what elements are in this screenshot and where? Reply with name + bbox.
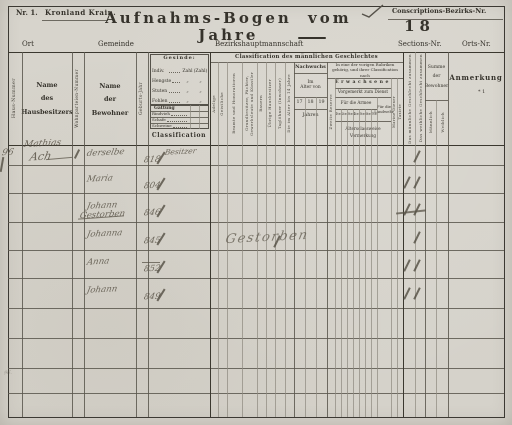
taxirte-label: Taxirte — [398, 104, 402, 120]
summe-weiblich-label: Weiblich — [440, 112, 445, 133]
grid-line — [8, 145, 504, 146]
classification-cell-label: Classification — [148, 131, 210, 141]
gesinde-row-label: Fohlen — [152, 99, 168, 104]
grid-line — [391, 78, 392, 417]
grid-line — [294, 97, 327, 98]
resident-name: derselbe — [86, 147, 126, 159]
col-header-bewohner: Name der Bewohner — [84, 72, 136, 128]
classification-rotated-label: Beamte und Honoratioren — [232, 73, 237, 134]
ort-label: Ort — [22, 40, 34, 48]
dotted-leader — [172, 82, 180, 83]
faint-margin-note: 96. — [3, 370, 12, 376]
sum-female-col: Das weibliche Geschlecht zusammen — [415, 52, 425, 145]
grid-line — [353, 109, 354, 417]
grid-line — [136, 52, 137, 417]
orts-label: Orts-Nr. — [462, 40, 491, 48]
dotted-leader — [171, 115, 187, 116]
grid-line — [397, 78, 398, 417]
classification-rotated-label: Übrige Hausbesitzer — [268, 79, 273, 128]
grid-line — [8, 250, 504, 251]
grid-line — [425, 52, 426, 417]
gesinde-title: Gesinde: — [150, 55, 209, 63]
gesinde-row-zahl2: „ — [194, 99, 207, 104]
sum-male-label: Das männliche Geschlecht zusammen — [407, 54, 412, 144]
col-header-hausbesitzer: Name des Hausbesitzers — [22, 70, 72, 128]
grid-line — [210, 62, 403, 63]
grid-line — [8, 308, 504, 309]
grid-line — [199, 105, 200, 129]
anmerkung-header: Anmerkung — [448, 72, 504, 84]
owner-name: Ach — [29, 149, 53, 163]
col-header-haus-nummer: Haus-Nummer — [8, 52, 22, 145]
grid-line — [371, 109, 372, 417]
owner-name: Mathias — [23, 138, 62, 150]
nachwuchs-year-cell: 17 — [294, 97, 305, 109]
nachwuchs-title: Nachwuchs — [294, 62, 327, 73]
sum-male-col: Das männliche Geschlecht zusammen — [403, 52, 415, 145]
zweite-reserve-label: Zweite Reserve — [329, 94, 334, 129]
classification-rotated-label: Adelige — [212, 95, 217, 113]
grid-line — [335, 121, 391, 122]
classification-rotated-col: Taglöhner (Inwohner) — [275, 62, 285, 145]
dotted-leader — [167, 121, 187, 122]
grid-line — [150, 111, 209, 112]
resident-name: Maria — [86, 173, 114, 184]
sum-female-label: Das weibliche Geschlecht zusammen — [418, 54, 423, 142]
grid-line — [403, 52, 404, 417]
grid-line — [8, 368, 504, 369]
grid-line — [359, 109, 360, 417]
summe-maennlich-label: Männlich — [428, 111, 433, 133]
grid-line — [190, 105, 191, 129]
resident-name: Johanna — [86, 228, 123, 240]
grid-line — [148, 52, 149, 417]
grid-line — [436, 100, 437, 417]
conscription-number-label: Conscriptions-Bezirks-Nr. — [392, 8, 486, 15]
classification-rotated-col: Beamte und Honoratioren — [227, 62, 242, 145]
vorig-title: In eine der vorigen Rubriken gehörig, un… — [328, 63, 402, 78]
grid-line — [335, 97, 391, 98]
grid-line — [150, 117, 209, 118]
sections-label: Sections-Nr. — [398, 40, 442, 48]
gesinde-row: Indiv.Zahl(Zahl) — [152, 64, 207, 74]
grid-line — [8, 393, 504, 394]
vorig-reserve-col: Zweite Reserve — [327, 78, 335, 145]
grid-line — [294, 73, 327, 74]
classification-rotated-label: Bauern — [259, 95, 264, 112]
grid-line — [218, 62, 219, 417]
resident-name: Johann — [86, 284, 118, 296]
classification-rotated-col: Die im Alter bis 14 Jahre — [285, 62, 294, 145]
scanned-census-form: Nr. 1. Kronland Krain. Conscriptions-Bez… — [0, 0, 512, 425]
col-header-geburtsjahr: Geburts-Jahr — [136, 52, 148, 145]
nachwuchs-year-cell: 18 — [305, 97, 316, 109]
grid-line — [8, 222, 504, 223]
gesinde-row: Hengste„„ — [152, 74, 207, 84]
year-overline — [142, 262, 160, 263]
grid-line — [335, 78, 336, 417]
form-title-year: 18 — [404, 18, 435, 35]
gesinde-row: Stuten„„ — [152, 84, 207, 94]
grid-line — [347, 109, 348, 417]
summe-box-title: Summe der Bewohner — [425, 56, 448, 98]
title-flourish — [298, 37, 326, 39]
gesinde-row-zahl: „ — [181, 99, 194, 104]
grid-line — [341, 109, 342, 417]
anmerkung-note: * 1 — [478, 90, 485, 96]
col-header-wohnparteien: Wohnparteien-Nummer — [72, 52, 84, 145]
nachwuchs-year-cell: 19 — [316, 97, 327, 109]
grid-line — [8, 193, 504, 194]
vorig-erwachsene: Erwachsene — [335, 79, 391, 87]
pen-check-mark — [358, 2, 386, 20]
classification-rotated-label: Die im Alter bis 14 Jahre — [287, 74, 292, 133]
gattung-title: Gattung — [154, 106, 175, 111]
grid-line — [365, 109, 366, 417]
margin-pen-stroke — [0, 157, 4, 172]
classification-rotated-col: Übrige Hausbesitzer — [266, 62, 275, 145]
classification-rotated-label: Geistliche — [220, 92, 225, 116]
grid-line — [415, 52, 416, 417]
summe-maennlich-col: Männlich — [425, 100, 436, 145]
grid-line — [8, 52, 504, 53]
gattung-row-label: Schweine — [152, 124, 172, 129]
grid-line — [377, 97, 378, 417]
classification-entry: Besitzer — [164, 146, 197, 157]
grid-line — [8, 338, 504, 339]
haus-nummer-label: Haus-Nummer — [12, 78, 18, 118]
vorig-vorgemerkt: Vorgemerkt zum Dienst — [335, 88, 391, 97]
grid-line — [305, 97, 306, 417]
grid-line — [210, 52, 211, 417]
grid-line — [294, 109, 327, 110]
dotted-leader — [169, 72, 180, 73]
grid-line — [150, 123, 209, 124]
form-title: Aufnahms-Bogen vom Jahre 18 — [85, 18, 435, 36]
summe-weiblich-col: Weiblich — [436, 100, 448, 145]
grid-line — [316, 97, 317, 417]
grid-line — [448, 52, 449, 417]
nachwuchs-alter: Im Alter von — [294, 73, 327, 97]
dotted-leader — [169, 102, 180, 103]
gemeinde-label: Gemeinde — [98, 40, 134, 48]
wohnparteien-label: Wohnparteien-Nummer — [75, 69, 80, 128]
grid-line — [327, 62, 328, 417]
geburtsjahr-label: Geburts-Jahr — [139, 82, 144, 115]
nachwuchs-jahren: Jahren — [294, 110, 327, 122]
marine-label: Marine-Diener — [392, 96, 396, 128]
grid-line — [84, 52, 85, 417]
classification-rotated-label: Taglöhner (Inwohner) — [278, 78, 283, 129]
classification-rotated-label: Grundbesitzer, Pächter, Gewerbsleute und… — [245, 62, 255, 145]
armee-label: Für die Armee — [335, 97, 377, 109]
form-number: Nr. 1. — [16, 9, 38, 17]
classification-rotated-col: Geistliche — [218, 62, 227, 145]
classification-rotated-col: Bauern — [257, 62, 266, 145]
gesinde-row: Fohlen„„ — [152, 94, 207, 104]
landwehr-label: Für die Landwehr — [377, 97, 391, 121]
grid-line — [335, 88, 391, 89]
grid-line — [72, 52, 73, 417]
vorig-bottom: Altersclassweise Vormerkung — [336, 122, 390, 144]
classification-rotated-col: Grundbesitzer, Pächter, Gewerbsleute und… — [242, 62, 257, 145]
resident-name: Anna — [86, 256, 110, 267]
grid-line — [8, 278, 504, 279]
classification-rotated-col: Adelige — [210, 62, 218, 145]
dotted-leader — [173, 127, 187, 128]
dotted-leader — [169, 92, 180, 93]
bezirk-label: Bezirkshauptmannschaft — [215, 40, 303, 48]
grid-line — [22, 52, 23, 417]
grid-line — [8, 165, 504, 166]
